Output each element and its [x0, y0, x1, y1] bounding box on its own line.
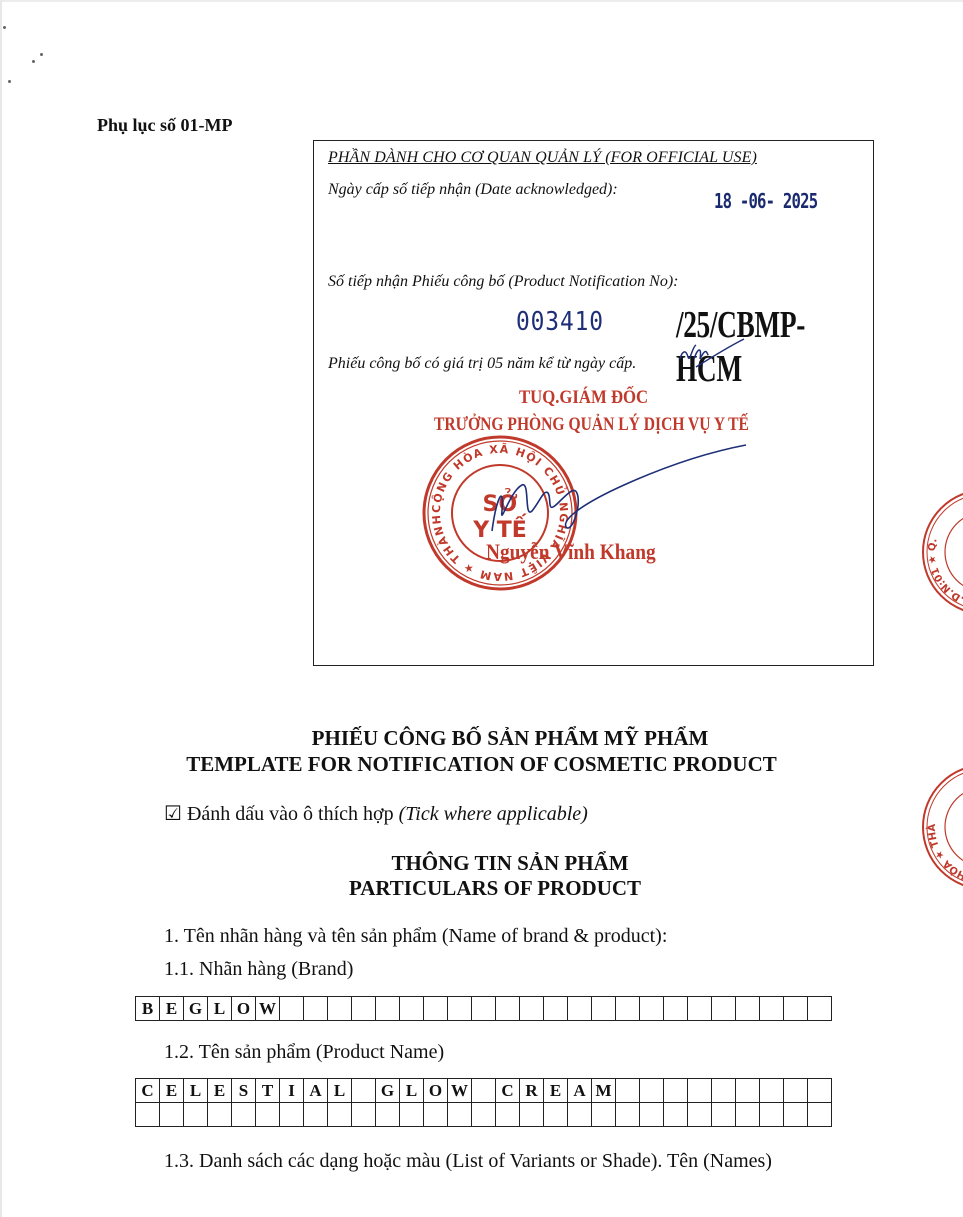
- signer-name: Nguyễn Vĩnh Khang: [486, 539, 656, 565]
- char-cell[interactable]: [496, 997, 520, 1021]
- official-use-title: PHẦN DÀNH CHO CƠ QUAN QUẢN LÝ (FOR OFFIC…: [328, 149, 757, 167]
- char-cell[interactable]: [712, 1103, 736, 1127]
- char-cell[interactable]: E: [160, 997, 184, 1021]
- checkbox-checked-icon: ☑: [164, 803, 182, 825]
- char-cell[interactable]: [736, 997, 760, 1021]
- char-cell[interactable]: [520, 1103, 544, 1127]
- char-cell[interactable]: [496, 1103, 520, 1127]
- char-cell[interactable]: [568, 997, 592, 1021]
- char-cell[interactable]: E: [160, 1079, 184, 1103]
- char-cell[interactable]: [304, 997, 328, 1021]
- char-cell[interactable]: [616, 1103, 640, 1127]
- section-title-vi: THÔNG TIN SẢN PHẨM: [0, 851, 963, 876]
- char-cell[interactable]: [784, 1079, 808, 1103]
- char-cell[interactable]: [760, 997, 784, 1021]
- char-cell[interactable]: [544, 997, 568, 1021]
- question-1-2-label: 1.2. Tên sản phẩm (Product Name): [164, 1041, 444, 1064]
- notification-no-label: Số tiếp nhận Phiếu công bố (Product Noti…: [328, 273, 678, 291]
- char-cell[interactable]: [688, 997, 712, 1021]
- char-cell[interactable]: E: [208, 1079, 232, 1103]
- char-cell[interactable]: [760, 1103, 784, 1127]
- char-cell[interactable]: [664, 1103, 688, 1127]
- side-seal-icon: M.S.D.N:01 ★ Q.: [920, 487, 963, 617]
- appendix-label: Phụ lục số 01-MP: [97, 115, 233, 136]
- char-cell[interactable]: [256, 1103, 280, 1127]
- char-cell[interactable]: [688, 1079, 712, 1103]
- char-cell[interactable]: [568, 1103, 592, 1127]
- char-cell[interactable]: [736, 1079, 760, 1103]
- scan-speck: [8, 80, 11, 83]
- validity-text: Phiếu công bố có giá trị 05 năm kể từ ng…: [328, 355, 636, 373]
- char-cell[interactable]: [616, 997, 640, 1021]
- char-cell[interactable]: [688, 1103, 712, 1127]
- char-cell[interactable]: [472, 1079, 496, 1103]
- char-cell[interactable]: [400, 1103, 424, 1127]
- product-name-char-grid[interactable]: CELESTIALGLOWCREAM: [135, 1078, 832, 1127]
- form-title-en: TEMPLATE FOR NOTIFICATION OF COSMETIC PR…: [0, 752, 963, 777]
- char-cell[interactable]: [328, 1103, 352, 1127]
- char-cell[interactable]: [808, 1079, 832, 1103]
- char-cell[interactable]: S: [232, 1079, 256, 1103]
- char-cell[interactable]: W: [448, 1079, 472, 1103]
- char-cell[interactable]: G: [376, 1079, 400, 1103]
- char-cell[interactable]: G: [184, 997, 208, 1021]
- notification-no-number: 003410: [516, 307, 604, 337]
- tick-instruction-en: (Tick where applicable): [399, 803, 588, 825]
- char-cell[interactable]: [160, 1103, 184, 1127]
- signature-icon: [474, 441, 754, 541]
- char-cell[interactable]: L: [208, 997, 232, 1021]
- char-cell[interactable]: W: [256, 997, 280, 1021]
- char-cell[interactable]: [592, 997, 616, 1021]
- question-1-3-label: 1.3. Danh sách các dạng hoặc màu (List o…: [164, 1150, 772, 1173]
- scan-speck: [32, 60, 35, 63]
- question-1-label: 1. Tên nhãn hàng và tên sản phẩm (Name o…: [164, 925, 667, 948]
- char-cell[interactable]: [784, 1103, 808, 1127]
- char-cell[interactable]: T: [256, 1079, 280, 1103]
- char-cell[interactable]: [208, 1103, 232, 1127]
- char-cell[interactable]: [376, 1103, 400, 1127]
- date-acknowledged-stamp: 18 -06- 2025: [714, 189, 817, 213]
- char-cell[interactable]: M: [592, 1079, 616, 1103]
- char-cell[interactable]: [784, 997, 808, 1021]
- char-cell[interactable]: [616, 1079, 640, 1103]
- question-1-1-label: 1.1. Nhãn hàng (Brand): [164, 958, 353, 981]
- char-cell[interactable]: [232, 1103, 256, 1127]
- char-cell[interactable]: B: [136, 997, 160, 1021]
- char-cell[interactable]: C: [496, 1079, 520, 1103]
- official-use-box: PHẦN DÀNH CHO CƠ QUAN QUẢN LÝ (FOR OFFIC…: [313, 140, 874, 666]
- char-cell[interactable]: [448, 1103, 472, 1127]
- char-cell[interactable]: [640, 1103, 664, 1127]
- char-cell[interactable]: [712, 1079, 736, 1103]
- char-cell[interactable]: [808, 997, 832, 1021]
- scan-speck: [40, 53, 43, 56]
- char-cell[interactable]: [136, 1103, 160, 1127]
- char-cell[interactable]: [664, 1079, 688, 1103]
- initials-mark-icon: [676, 337, 746, 373]
- signature-title-line1: TUQ.GIÁM ĐỐC: [519, 387, 648, 409]
- char-cell[interactable]: A: [304, 1079, 328, 1103]
- date-acknowledged-label: Ngày cấp số tiếp nhận (Date acknowledged…: [328, 181, 618, 199]
- char-cell[interactable]: [280, 997, 304, 1021]
- char-cell[interactable]: [472, 1103, 496, 1127]
- char-cell[interactable]: L: [184, 1079, 208, 1103]
- char-cell[interactable]: [328, 997, 352, 1021]
- char-cell[interactable]: [472, 997, 496, 1021]
- page-edge-left: [0, 0, 2, 1217]
- char-cell[interactable]: C: [136, 1079, 160, 1103]
- char-cell[interactable]: [736, 1103, 760, 1127]
- char-cell[interactable]: [424, 1103, 448, 1127]
- char-cell[interactable]: [280, 1103, 304, 1127]
- char-cell[interactable]: E: [544, 1079, 568, 1103]
- char-cell[interactable]: [760, 1079, 784, 1103]
- char-cell[interactable]: [592, 1103, 616, 1127]
- scan-speck: [3, 26, 6, 29]
- char-cell[interactable]: [712, 997, 736, 1021]
- char-cell[interactable]: [400, 997, 424, 1021]
- char-cell[interactable]: [520, 997, 544, 1021]
- tick-instruction: ☑ Đánh dấu vào ô thích hợp (Tick where a…: [164, 801, 588, 826]
- char-cell[interactable]: [352, 1079, 376, 1103]
- char-cell[interactable]: [424, 997, 448, 1021]
- section-title-en: PARTICULARS OF PRODUCT: [0, 876, 963, 901]
- char-cell[interactable]: [304, 1103, 328, 1127]
- char-cell[interactable]: L: [328, 1079, 352, 1103]
- char-cell[interactable]: [640, 1079, 664, 1103]
- char-cell[interactable]: [808, 1103, 832, 1127]
- page-edge-top: [0, 0, 963, 2]
- char-cell[interactable]: O: [232, 997, 256, 1021]
- char-cell[interactable]: [184, 1103, 208, 1127]
- char-cell[interactable]: A: [568, 1079, 592, 1103]
- char-cell[interactable]: [352, 1103, 376, 1127]
- char-cell[interactable]: R: [520, 1079, 544, 1103]
- char-cell[interactable]: [352, 997, 376, 1021]
- char-cell[interactable]: [448, 997, 472, 1021]
- char-cell[interactable]: [376, 997, 400, 1021]
- form-title-vi: PHIẾU CÔNG BỐ SẢN PHẨM MỸ PHẨM: [0, 726, 963, 751]
- brand-char-grid[interactable]: BEGLOW: [135, 996, 832, 1021]
- char-cell[interactable]: [640, 997, 664, 1021]
- char-cell[interactable]: I: [280, 1079, 304, 1103]
- char-cell[interactable]: O: [424, 1079, 448, 1103]
- char-cell[interactable]: [544, 1103, 568, 1127]
- tick-instruction-vi: Đánh dấu vào ô thích hợp: [182, 803, 399, 825]
- char-cell[interactable]: L: [400, 1079, 424, 1103]
- char-cell[interactable]: [664, 997, 688, 1021]
